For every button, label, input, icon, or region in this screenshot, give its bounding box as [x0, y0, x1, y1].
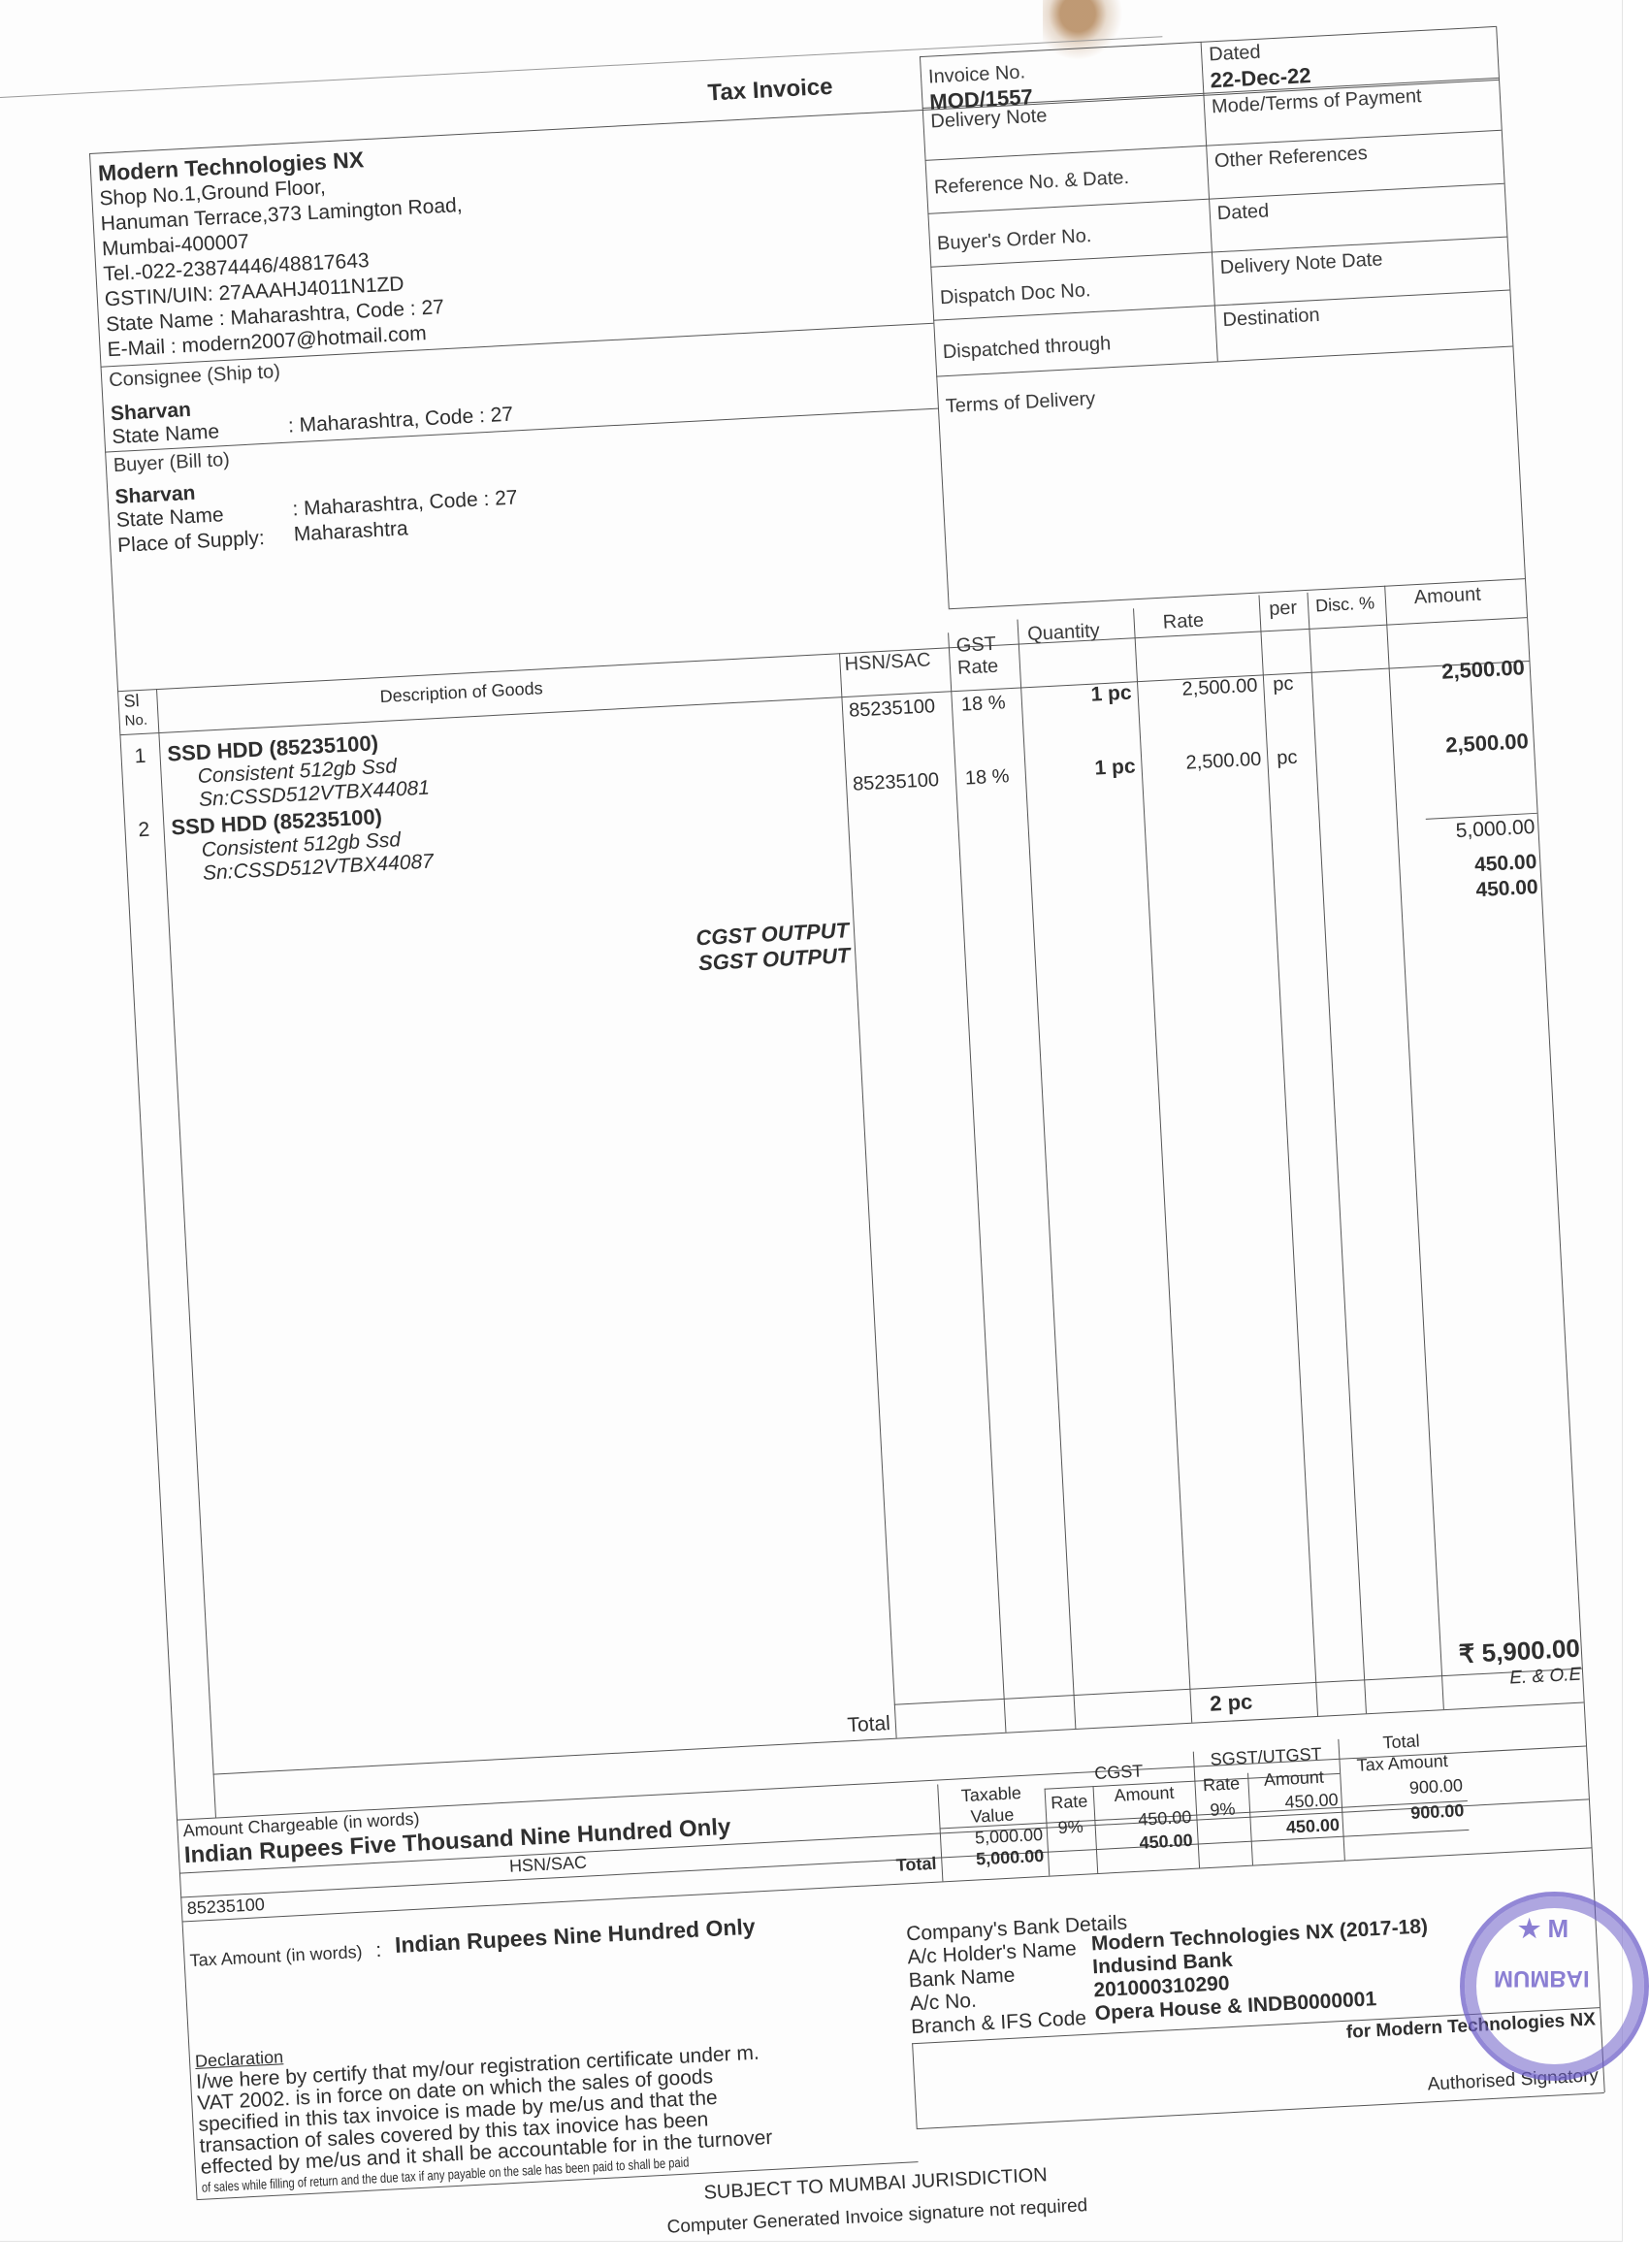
col-quantity: Quantity [1027, 620, 1101, 646]
item-hsn: 85235100 [849, 696, 936, 723]
col-line [839, 653, 897, 1738]
col-line [948, 632, 1006, 1732]
item-per: pc [1273, 673, 1294, 697]
dispatch-doc-label: Dispatch Doc No. [939, 279, 1091, 309]
tax-col-cgst-rate: Rate [1045, 1791, 1094, 1814]
consignee-state-label: State Name [112, 420, 220, 449]
bank-name-label: Bank Name [908, 1964, 1016, 1993]
col-amount: Amount [1413, 584, 1481, 610]
tax-words-value: Indian Rupees Nine Hundred Only [394, 1914, 756, 1959]
buyer-state-value: : Maharashtra, Code : 27 [292, 486, 518, 521]
item-hsn: 85235100 [853, 769, 940, 796]
tax-line-amount: 450.00 [1404, 876, 1538, 906]
tax-row-sgst-rate: 9% [1195, 1798, 1249, 1822]
item-quantity: 1 pc [1034, 755, 1136, 783]
tax-row-hsn: 85235100 [186, 1895, 265, 1919]
order-dated-label: Dated [1216, 200, 1270, 225]
divider [925, 130, 1502, 161]
col-line [1307, 593, 1367, 1713]
item-per: pc [1277, 747, 1298, 770]
item-rate: 2,500.00 [1141, 675, 1258, 703]
items-header-bottom [119, 661, 1529, 735]
tax-total-cgst: 450.00 [1095, 1831, 1193, 1856]
item-amount: 2,500.00 [1396, 729, 1529, 761]
col-per: per [1269, 597, 1298, 620]
tax-total-label: Total [761, 1854, 937, 1883]
col-description: Description of Goods [379, 678, 543, 707]
total-label: Total [754, 1712, 890, 1742]
tax-row-total: 900.00 [1341, 1775, 1464, 1802]
dated-value: 22-Dec-22 [1210, 63, 1311, 93]
reference-label: Reference No. & Date. [933, 167, 1129, 199]
delivery-note-date-label: Delivery Note Date [1219, 248, 1383, 279]
tax-col-cgst-amount: Amount [1093, 1782, 1196, 1807]
terms-of-delivery-label: Terms of Delivery [945, 388, 1095, 418]
tax-total-taxable: 5,000.00 [941, 1846, 1045, 1872]
tax-words-sep: : [375, 1939, 382, 1962]
col-gst-2: Rate [956, 656, 998, 680]
buyer-state-label: State Name [115, 503, 224, 533]
col-rate: Rate [1162, 610, 1204, 634]
tax-row-cgst-amount: 450.00 [1094, 1807, 1192, 1832]
item-gst: 18 % [964, 765, 1010, 790]
subtotal-amount: 5,000.00 [1401, 816, 1536, 846]
buyer-supply-label: Place of Supply: [117, 527, 266, 558]
col-line [1017, 620, 1076, 1729]
item-quantity: 1 pc [1030, 682, 1132, 710]
dated-label: Dated [1209, 42, 1262, 67]
divider [105, 408, 938, 453]
meta-left-border [920, 56, 950, 608]
other-references-label: Other References [1213, 143, 1368, 173]
tax-words-label: Tax Amount (in words) [189, 1942, 363, 1971]
tax-total-total: 900.00 [1342, 1800, 1465, 1828]
stamp-middle-text: MUMBAI [1494, 1964, 1590, 1992]
dispatched-through-label: Dispatched through [942, 333, 1111, 364]
tax-col-hsn: HSN/SAC [508, 1853, 587, 1877]
total-quantity: 2 pc [1210, 1689, 1253, 1716]
items-header-top [117, 617, 1527, 692]
item-gst: 18 % [960, 692, 1006, 716]
col-sl-2: No. [124, 712, 147, 729]
stamp-top-text: ★ M [1518, 1914, 1568, 1944]
bank-acno-label: A/c No. [909, 1990, 977, 2017]
row-sl: 2 [138, 819, 150, 843]
tax-row-cgst-rate: 9% [1046, 1816, 1095, 1839]
col-hsn: HSN/SAC [844, 649, 931, 676]
buyers-order-label: Buyer's Order No. [937, 225, 1092, 255]
destination-label: Destination [1222, 305, 1320, 332]
col-disc: Disc. % [1315, 593, 1375, 616]
stain-mark [1043, 0, 1130, 68]
delivery-note-label: Delivery Note [930, 105, 1048, 133]
company-stamp: ★ M MUMBAI [1460, 1892, 1649, 2081]
col-sl: Sl [123, 691, 140, 712]
bank-holder-value: Modern Technologies NX (2017-18) [1090, 1915, 1428, 1956]
tax-col-sgst-rate: Rate [1194, 1773, 1248, 1797]
row-sl: 1 [134, 745, 146, 769]
item-amount: 2,500.00 [1392, 655, 1525, 687]
buyer-supply-value: Maharashtra [293, 517, 408, 546]
col-gst: GST [955, 633, 996, 658]
tax-row-sgst-amount: 450.00 [1248, 1790, 1339, 1815]
invoice-form: Tax Invoice Modern Technologies NX Shop … [89, 79, 1625, 2101]
item-rate: 2,500.00 [1145, 749, 1262, 777]
tax-col-sgst-amount: Amount [1247, 1766, 1341, 1792]
buyer-heading: Buyer (Bill to) [113, 449, 230, 477]
